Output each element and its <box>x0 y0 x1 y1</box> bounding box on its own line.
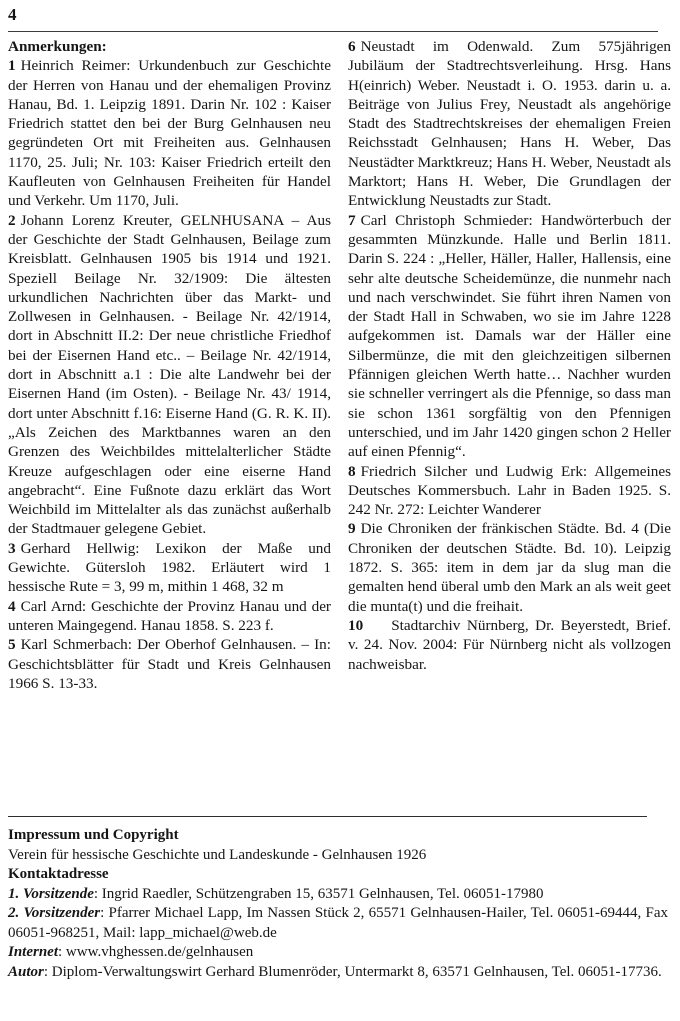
footnote-10: 10Stadtarchiv Nürnberg, Dr. Beyerstedt, … <box>348 616 671 674</box>
footnote-3: 3Gerhard Hellwig: Lexikon der Maße und G… <box>8 539 331 597</box>
footnote-1: 1Heinrich Reimer: Urkundenbuch zur Ge­sc… <box>8 56 331 210</box>
footnote-number: 6 <box>348 38 356 55</box>
footnote-5: 5Karl Schmerbach: Der Oberhof Gelnhausen… <box>8 635 331 693</box>
footnote-4: 4Carl Arnd: Geschichte der Provinz Hanau… <box>8 597 331 636</box>
footnote-text: Stadtarchiv Nürnberg, Dr. Beyerstedt, Br… <box>348 617 671 673</box>
footnote-text: Johann Lorenz Kreuter, GELNHUSANA – Aus … <box>8 212 331 538</box>
internet-text: : www.vhghessen.de/gelnhausen <box>58 944 253 960</box>
footnote-number: 3 <box>8 540 16 557</box>
imprint-section: Impressum und Copyright Verein für hessi… <box>8 826 668 982</box>
author-text: : Diplom-Verwaltungswirt Gerhard Blumenr… <box>44 964 662 980</box>
imprint-title: Impressum und Copyright <box>8 826 668 846</box>
page-number: 4 <box>8 5 17 25</box>
footnote-number: 7 <box>348 212 356 229</box>
footnote-number: 8 <box>348 463 356 480</box>
notes-column-right: 6Neustadt im Odenwald. Zum 575jährigen J… <box>348 37 671 674</box>
chair1-label: 1. Vorsitzende <box>8 886 94 902</box>
footnote-6: 6Neustadt im Odenwald. Zum 575jährigen J… <box>348 37 671 211</box>
footnote-number: 5 <box>8 636 16 653</box>
chair1-line: 1. Vorsitzende: Ingrid Raedler, Schützen… <box>8 885 668 905</box>
footnote-7: 7Carl Christoph Schmieder: Handwörterbuc… <box>348 211 671 462</box>
author-label: Autor <box>8 964 44 980</box>
internet-label: Internet <box>8 944 58 960</box>
footnote-text: Carl Arnd: Geschichte der Provinz Hanau … <box>8 598 331 634</box>
footnote-text: Neustadt im Odenwald. Zum 575jährigen Ju… <box>348 38 671 209</box>
footnote-text: Carl Christoph Schmieder: Handwörterbuch… <box>348 212 671 461</box>
footnote-text: Die Chroniken der fränkischen Städte. Bd… <box>348 520 671 614</box>
footnote-text: Gerhard Hellwig: Lexikon der Maße und Ge… <box>8 540 331 596</box>
chair2-text: : Pfarrer Michael Lapp, Im Nassen Stück … <box>8 905 668 941</box>
publisher-line: Verein für hessische Geschichte und Land… <box>8 846 668 866</box>
chair2-line: 2. Vorsitzender: Pfarrer Michael Lapp, I… <box>8 904 668 943</box>
footnote-2: 2Johann Lorenz Kreuter, GELNHUSANA – Aus… <box>8 211 331 539</box>
footnote-text: Karl Schmerbach: Der Oberhof Gelnhausen.… <box>8 636 331 692</box>
footnote-text: Heinrich Reimer: Urkundenbuch zur Ge­sch… <box>8 57 331 209</box>
footnote-number: 9 <box>348 520 356 537</box>
footnote-text: Friedrich Silcher und Ludwig Erk: Allge­… <box>348 463 671 519</box>
footnote-number: 4 <box>8 598 16 615</box>
notes-column-left: Anmerkungen: 1Heinrich Reimer: Urkundenb… <box>8 37 331 693</box>
notes-heading: Anmerkungen: <box>8 37 331 56</box>
imprint-separator <box>8 816 647 817</box>
footnote-number: 10 <box>348 617 363 634</box>
chair1-text: : Ingrid Raedler, Schützengraben 15, 635… <box>94 886 544 902</box>
chair2-label: 2. Vorsitzender <box>8 905 100 921</box>
internet-line: Internet: www.vhghessen.de/gelnhausen <box>8 943 668 963</box>
contact-heading: Kontaktadresse <box>8 865 668 885</box>
footnote-8: 8Friedrich Silcher und Ludwig Erk: Allge… <box>348 462 671 520</box>
header-rule <box>8 31 658 32</box>
footnote-9: 9Die Chroniken der fränkischen Städte. B… <box>348 519 671 615</box>
footnote-number: 2 <box>8 212 16 229</box>
footnote-number: 1 <box>8 57 16 74</box>
author-line: Autor: Diplom-Verwaltungswirt Gerhard Bl… <box>8 963 668 983</box>
